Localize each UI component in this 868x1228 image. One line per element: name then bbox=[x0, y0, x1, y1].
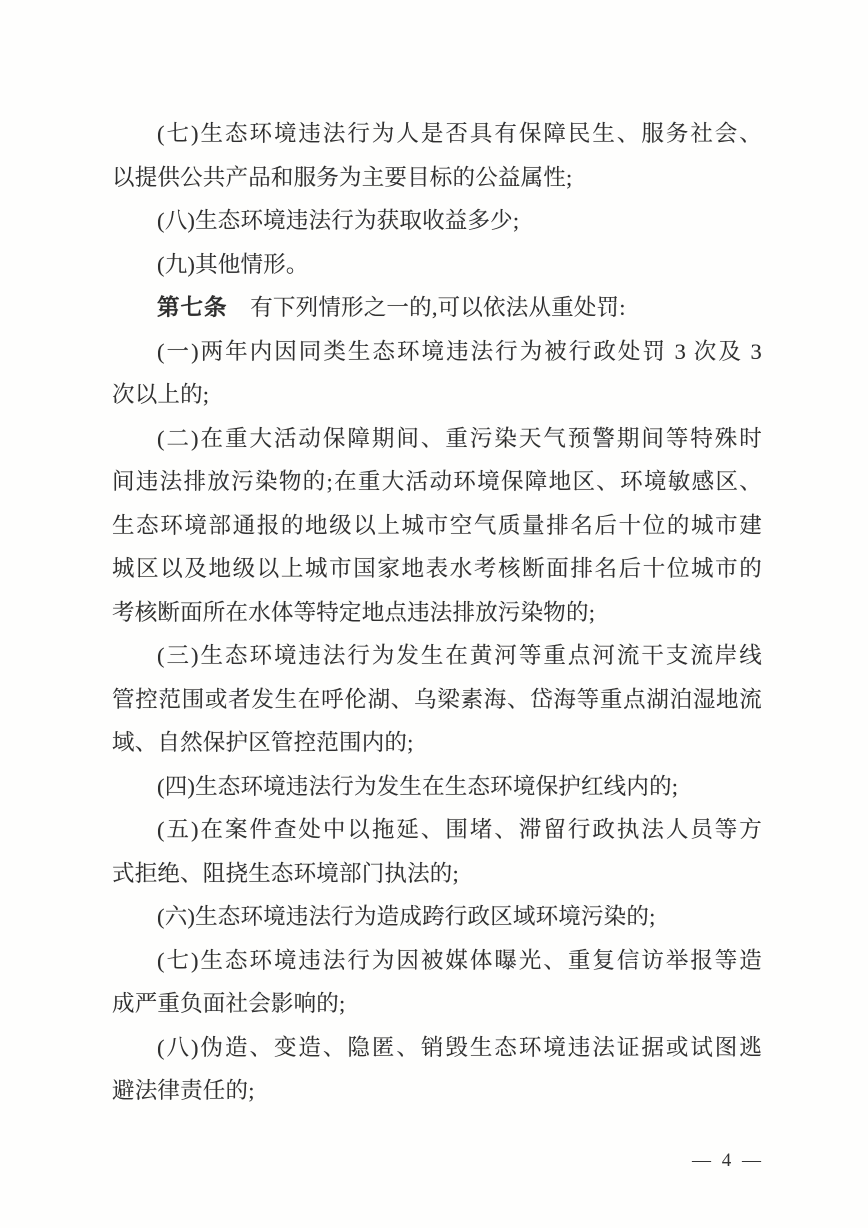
text-line: 域、自然保护区管控范围内的; bbox=[112, 721, 762, 765]
text-line: (四)生态环境违法行为发生在生态环境保护红线内的; bbox=[112, 765, 762, 809]
text-line: (八)伪造、变造、隐匿、销毁生态环境违法证据或试图逃 bbox=[112, 1026, 762, 1070]
text-line: (七)生态环境违法行为因被媒体曝光、重复信访举报等造 bbox=[112, 939, 762, 983]
article-number: 第七条 bbox=[157, 295, 228, 320]
text-line: (五)在案件查处中以拖延、围堵、滞留行政执法人员等方 bbox=[112, 808, 762, 852]
document-body: (七)生态环境违法行为人是否具有保障民生、服务社会、以提供公共产品和服务为主要目… bbox=[112, 112, 762, 1113]
text-line: 第七条 有下列情形之一的,可以依法从重处罚: bbox=[112, 286, 762, 330]
text-line: (九)其他情形。 bbox=[112, 243, 762, 287]
page-footer: — 4 — bbox=[692, 1146, 764, 1176]
text-line: (三)生态环境违法行为发生在黄河等重点河流干支流岸线 bbox=[112, 634, 762, 678]
text-line: 以提供公共产品和服务为主要目标的公益属性; bbox=[112, 156, 762, 200]
text-line: (七)生态环境违法行为人是否具有保障民生、服务社会、 bbox=[112, 112, 762, 156]
text-line: 生态环境部通报的地级以上城市空气质量排名后十位的城市建 bbox=[112, 504, 762, 548]
page-number: — 4 — bbox=[692, 1150, 764, 1171]
text-line: (八)生态环境违法行为获取收益多少; bbox=[112, 199, 762, 243]
text-line: 式拒绝、阻挠生态环境部门执法的; bbox=[112, 852, 762, 896]
text-line: 避法律责任的; bbox=[112, 1069, 762, 1113]
text-line: 成严重负面社会影响的; bbox=[112, 982, 762, 1026]
text-line: 管控范围或者发生在呼伦湖、乌梁素海、岱海等重点湖泊湿地流 bbox=[112, 678, 762, 722]
text-line: (一)两年内因同类生态环境违法行为被行政处罚 3 次及 3 bbox=[112, 330, 762, 374]
document-page: (七)生态环境违法行为人是否具有保障民生、服务社会、以提供公共产品和服务为主要目… bbox=[0, 0, 868, 1228]
text-line: (二)在重大活动保障期间、重污染天气预警期间等特殊时 bbox=[112, 417, 762, 461]
text-line: 次以上的; bbox=[112, 373, 762, 417]
text-line: 间违法排放污染物的;在重大活动环境保障地区、环境敏感区、 bbox=[112, 460, 762, 504]
text-line: 城区以及地级以上城市国家地表水考核断面排名后十位城市的 bbox=[112, 547, 762, 591]
text-line: (六)生态环境违法行为造成跨行政区域环境污染的; bbox=[112, 895, 762, 939]
text-line: 考核断面所在水体等特定地点违法排放污染物的; bbox=[112, 591, 762, 635]
line-text: 有下列情形之一的,可以依法从重处罚: bbox=[228, 295, 626, 320]
